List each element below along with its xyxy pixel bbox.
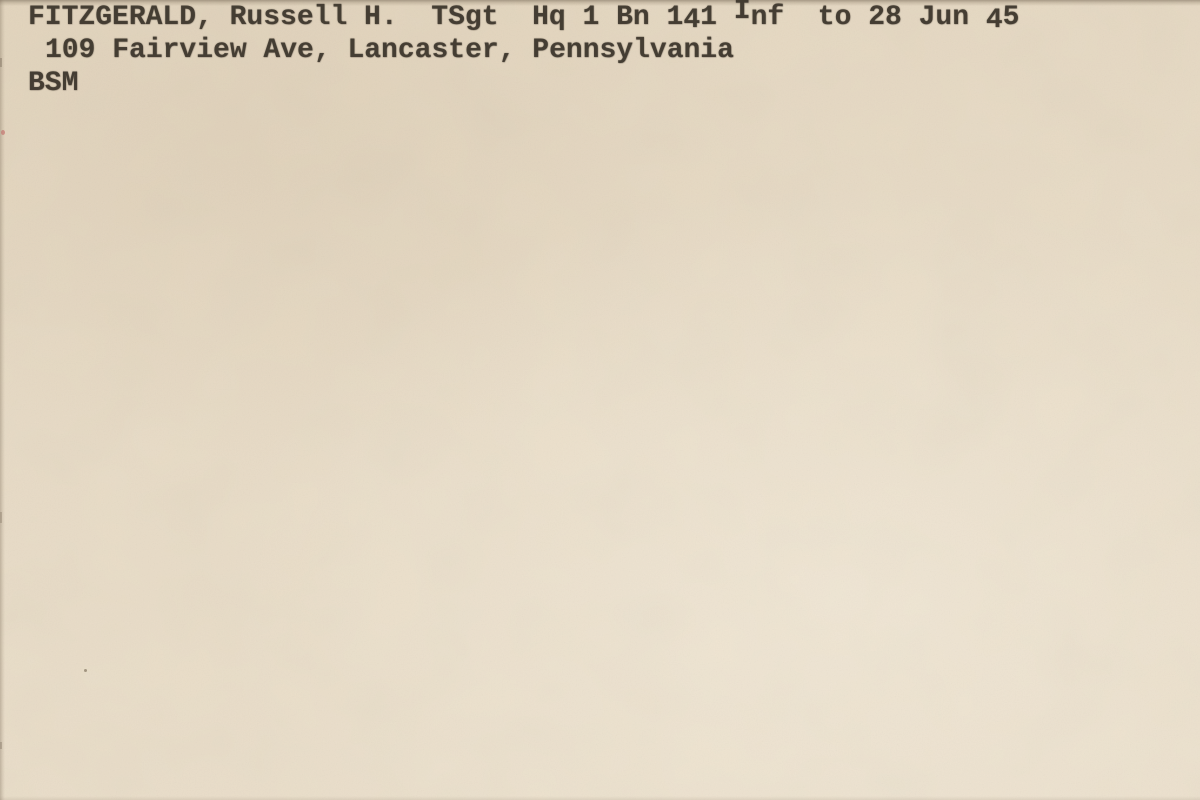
card-line-3: BSM xyxy=(28,67,1019,100)
edge-nick xyxy=(0,512,2,523)
soldier-name: FITZGERALD, Russell H. xyxy=(28,2,431,33)
unit-digit-four: 4 xyxy=(683,5,700,36)
paper-texture xyxy=(0,0,1200,800)
unit-part1: Hq 1 Bn 1 xyxy=(532,2,683,33)
scanned-index-card: FITZGERALD, Russell H. TSgt Hq 1 Bn 141 … xyxy=(0,0,1200,800)
scan-edge-bottom xyxy=(0,796,1200,800)
branch-rest: nf xyxy=(751,2,818,33)
rank: TSgt xyxy=(431,2,532,33)
scan-edge-left xyxy=(0,0,5,800)
paper-speck-red xyxy=(1,130,5,135)
edge-nick xyxy=(0,742,2,749)
card-line-2: 109 Fairview Ave, Lancaster, Pennsylvani… xyxy=(28,34,1019,67)
date-part1: to 28 Jun xyxy=(818,2,986,33)
paper-fleck xyxy=(84,669,87,672)
branch-initial: I xyxy=(734,0,751,27)
address: 109 Fairview Ave, Lancaster, Pennsylvani… xyxy=(45,35,734,66)
unit-part2: 1 xyxy=(700,2,734,33)
award-abbreviation: BSM xyxy=(28,68,78,99)
card-line-1: FITZGERALD, Russell H. TSgt Hq 1 Bn 141 … xyxy=(28,1,1019,34)
date-digit-four: 4 xyxy=(986,5,1003,36)
typed-text-block: FITZGERALD, Russell H. TSgt Hq 1 Bn 141 … xyxy=(0,1,1019,100)
date-part2: 5 xyxy=(1003,2,1020,33)
